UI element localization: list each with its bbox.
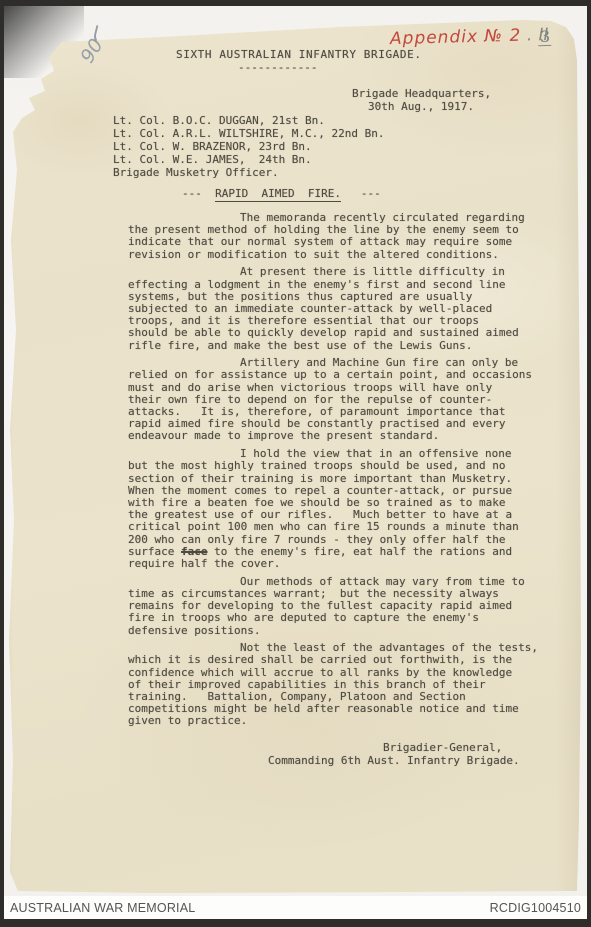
addressee-line: Lt. Col. W.E. JAMES, 24th Bn. xyxy=(113,153,385,166)
subject-title: RAPID AIMED FIRE. xyxy=(215,187,341,202)
addressee-line: Brigade Musketry Officer. xyxy=(113,166,385,179)
addressee-list: Lt. Col. B.O.C. DUGGAN, 21st Bn.Lt. Col.… xyxy=(113,114,385,179)
addressee-line: Lt. Col. W. BRAZENOR, 23rd Bn. xyxy=(113,140,385,153)
typewritten-line: must and do arise when victorious troops… xyxy=(128,382,548,394)
paragraph: At present there is little difficulty in… xyxy=(128,266,548,351)
typewritten-line: section of their training is more import… xyxy=(128,473,548,485)
signature-command: Commanding 6th Aust. Infantry Brigade. xyxy=(268,755,520,767)
typewritten-line: but the most highly trained troops shoul… xyxy=(128,460,548,472)
paragraph: Not the least of the advantages of the t… xyxy=(128,642,548,727)
appendix-annotation: Appendix № 2 . II xyxy=(390,25,551,49)
appendix-stamp-text: Appendix № 2 xyxy=(390,26,522,49)
paragraph: Our methods of attack may vary from time… xyxy=(128,576,548,637)
archive-name: AUSTRALIAN WAR MEMORIAL xyxy=(10,901,195,915)
typewritten-line: indicate that our normal system of attac… xyxy=(128,236,548,248)
typewritten-line: require half the cover. xyxy=(128,558,548,570)
page-content: 90 Appendix № 2 . II 3 SIXTH AUSTRALIAN … xyxy=(0,0,591,927)
typewritten-line: fire in troops who are deputed to captur… xyxy=(128,612,548,624)
title-rule: ------------ xyxy=(238,62,317,74)
typewritten-line: effecting a lodgment in the enemy's firs… xyxy=(128,279,548,291)
archive-record-id: RCDIG1004510 xyxy=(490,901,581,915)
typewritten-line: should be able to quickly develop rapid … xyxy=(128,327,548,339)
typewritten-line: which it is desired shall be carried out… xyxy=(128,654,548,666)
appendix-separator: . xyxy=(521,25,538,45)
typewritten-line: At present there is little difficulty in xyxy=(128,266,548,278)
typewritten-line: rifle fire, and make the best use of the… xyxy=(128,340,548,352)
subject-prefix-dashes: --- xyxy=(182,187,215,200)
subject-suffix-dashes: --- xyxy=(341,187,381,200)
body-text: The memoranda recently circulated regard… xyxy=(128,212,548,733)
paragraph: I hold the view that in an offensive non… xyxy=(128,448,548,570)
typewritten-line: defensive positions. xyxy=(128,625,548,637)
typewritten-line: revision or modification to suit the alt… xyxy=(128,249,548,261)
typewritten-line: endeavour made to improve the present st… xyxy=(128,430,548,442)
signature-rank: Brigadier-General, xyxy=(383,742,502,754)
typewritten-line: given to practice. xyxy=(128,715,548,727)
struck-out-word: face xyxy=(181,545,208,558)
document-title: SIXTH AUSTRALIAN INFANTRY BRIGADE. xyxy=(176,49,422,61)
paragraph: The memoranda recently circulated regard… xyxy=(128,212,548,261)
typewritten-line: relied on for assistance up to a certain… xyxy=(128,369,548,381)
addressee-line: Lt. Col. B.O.C. DUGGAN, 21st Bn. xyxy=(113,114,385,127)
typewritten-line: confidence which will accrue to all rank… xyxy=(128,667,548,679)
archive-footer-bar: AUSTRALIAN WAR MEMORIAL RCDIG1004510 xyxy=(4,896,587,919)
letterhead-place: Brigade Headquarters, xyxy=(352,88,491,100)
addressee-line: Lt. Col. A.R.L. WILTSHIRE, M.C., 22nd Bn… xyxy=(113,127,385,140)
page-number: 3 xyxy=(540,27,550,46)
typewritten-line: critical point 100 men who can fire 15 r… xyxy=(128,521,548,533)
letterhead-date: 30th Aug., 1917. xyxy=(368,101,474,113)
document-scan-page: { "annotations": { "appendix_stamp": "Ap… xyxy=(0,0,591,927)
subject-heading: --- RAPID AIMED FIRE. --- xyxy=(182,188,381,200)
paragraph: Artillery and Machine Gun fire can only … xyxy=(128,357,548,442)
